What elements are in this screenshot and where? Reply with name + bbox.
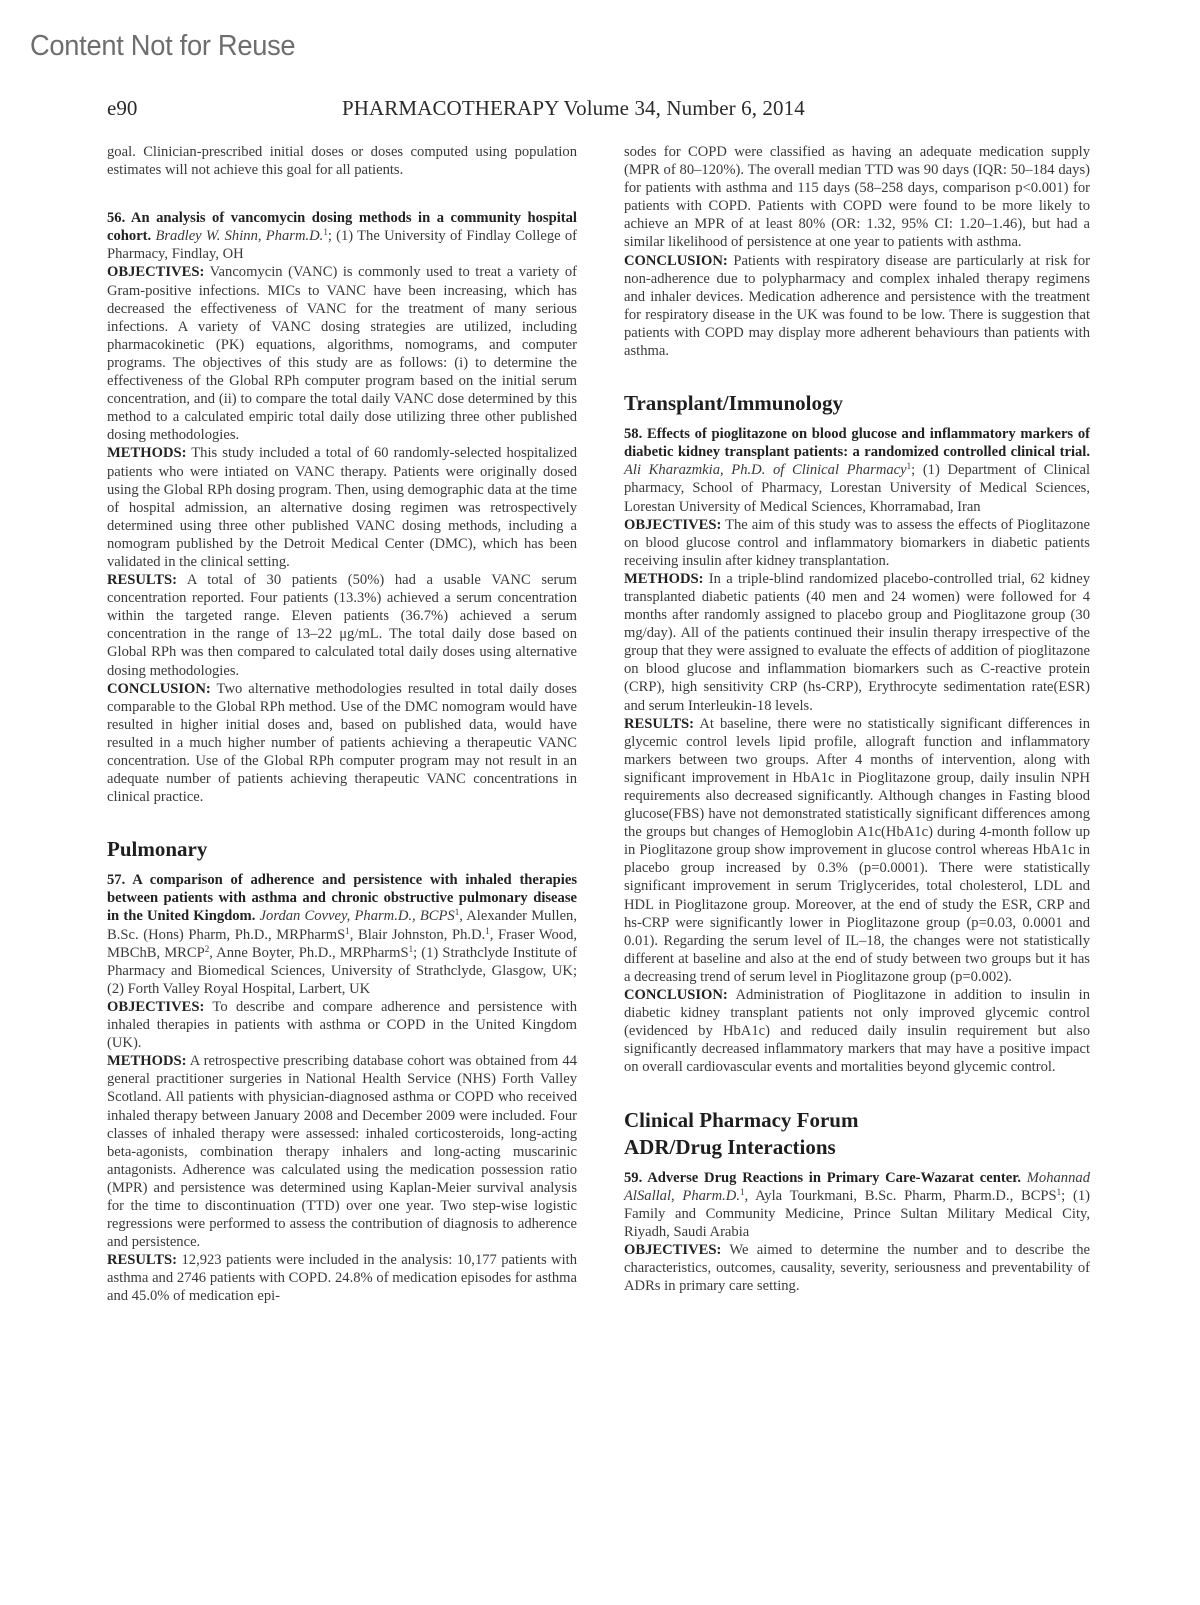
section-heading-transplant-immunology: Transplant/Immunology: [624, 390, 1090, 417]
results-text: At baseline, there were no statistically…: [624, 716, 1090, 985]
objectives-label: OBJECTIVES:: [624, 517, 721, 533]
abstract-57: 57. A comparison of adherence and persis…: [107, 871, 577, 1305]
objectives-label: OBJECTIVES:: [624, 1242, 721, 1258]
journal-citation: PHARMACOTHERAPY Volume 34, Number 6, 201…: [342, 96, 805, 121]
section-heading-clinical-pharmacy-forum: Clinical Pharmacy Forum: [624, 1107, 1090, 1134]
abstract-authors: Jordan Covvey, Pharm.D., BCPS: [260, 908, 455, 924]
results-label: RESULTS:: [107, 572, 177, 588]
objectives-label: OBJECTIVES:: [107, 999, 204, 1015]
right-column: sodes for COPD were classified as having…: [624, 143, 1090, 1295]
continuation-text: goal. Clinician-prescribed initial doses…: [107, 143, 577, 179]
left-column: goal. Clinician-prescribed initial doses…: [107, 143, 577, 1306]
results-text: 12,923 patients were included in the ana…: [107, 1252, 577, 1304]
abstract-title: 58. Effects of pioglitazone on blood glu…: [624, 426, 1090, 460]
section-heading-adr-drug-interactions: ADR/Drug Interactions: [624, 1134, 1090, 1161]
abstract-authors-rest: , Blair Johnston, Ph.D.: [350, 927, 486, 943]
conclusion-label: CONCLUSION:: [624, 253, 728, 269]
methods-label: METHODS:: [107, 1053, 186, 1069]
results-text: A total of 30 patients (50%) had a usabl…: [107, 572, 577, 678]
methods-text: This study included a total of 60 random…: [107, 445, 577, 570]
abstract-authors-rest: , Ayla Tourkmani, B.Sc. Pharm, Pharm.D.,…: [744, 1188, 1056, 1204]
conclusion-label: CONCLUSION:: [624, 987, 728, 1003]
watermark-text: Content Not for Reuse: [30, 30, 295, 63]
results-label: RESULTS:: [107, 1252, 177, 1268]
abstract-57-continued: sodes for COPD were classified as having…: [624, 143, 1090, 360]
methods-text: A retrospective prescribing database coh…: [107, 1053, 577, 1250]
page-number: e90: [107, 96, 137, 121]
methods-label: METHODS:: [107, 445, 186, 461]
running-header: e90 PHARMACOTHERAPY Volume 34, Number 6,…: [107, 96, 1071, 126]
objectives-text: Vancomycin (VANC) is commonly used to tr…: [107, 264, 577, 443]
abstract-59: 59. Adverse Drug Reactions in Primary Ca…: [624, 1169, 1090, 1296]
abstract-authors: Ali Kharazmkia, Ph.D. of Clinical Pharma…: [624, 462, 907, 478]
abstract-title: 59. Adverse Drug Reactions in Primary Ca…: [624, 1170, 1021, 1186]
conclusion-text: Two alternative methodologies resulted i…: [107, 681, 577, 806]
abstract-authors-rest: , Anne Boyter, Ph.D., MRPharmS: [209, 945, 408, 961]
objectives-label: OBJECTIVES:: [107, 264, 204, 280]
abstract-authors: Bradley W. Shinn, Pharm.D.: [155, 228, 323, 244]
abstract-58: 58. Effects of pioglitazone on blood glu…: [624, 425, 1090, 1076]
section-heading-pulmonary: Pulmonary: [107, 836, 577, 863]
methods-text: In a triple-blind randomized placebo-con…: [624, 571, 1090, 714]
results-text-continued: sodes for COPD were classified as having…: [624, 143, 1090, 252]
methods-label: METHODS:: [624, 571, 703, 587]
results-label: RESULTS:: [624, 716, 694, 732]
abstract-56: 56. An analysis of vancomycin dosing met…: [107, 209, 577, 806]
conclusion-label: CONCLUSION:: [107, 681, 211, 697]
